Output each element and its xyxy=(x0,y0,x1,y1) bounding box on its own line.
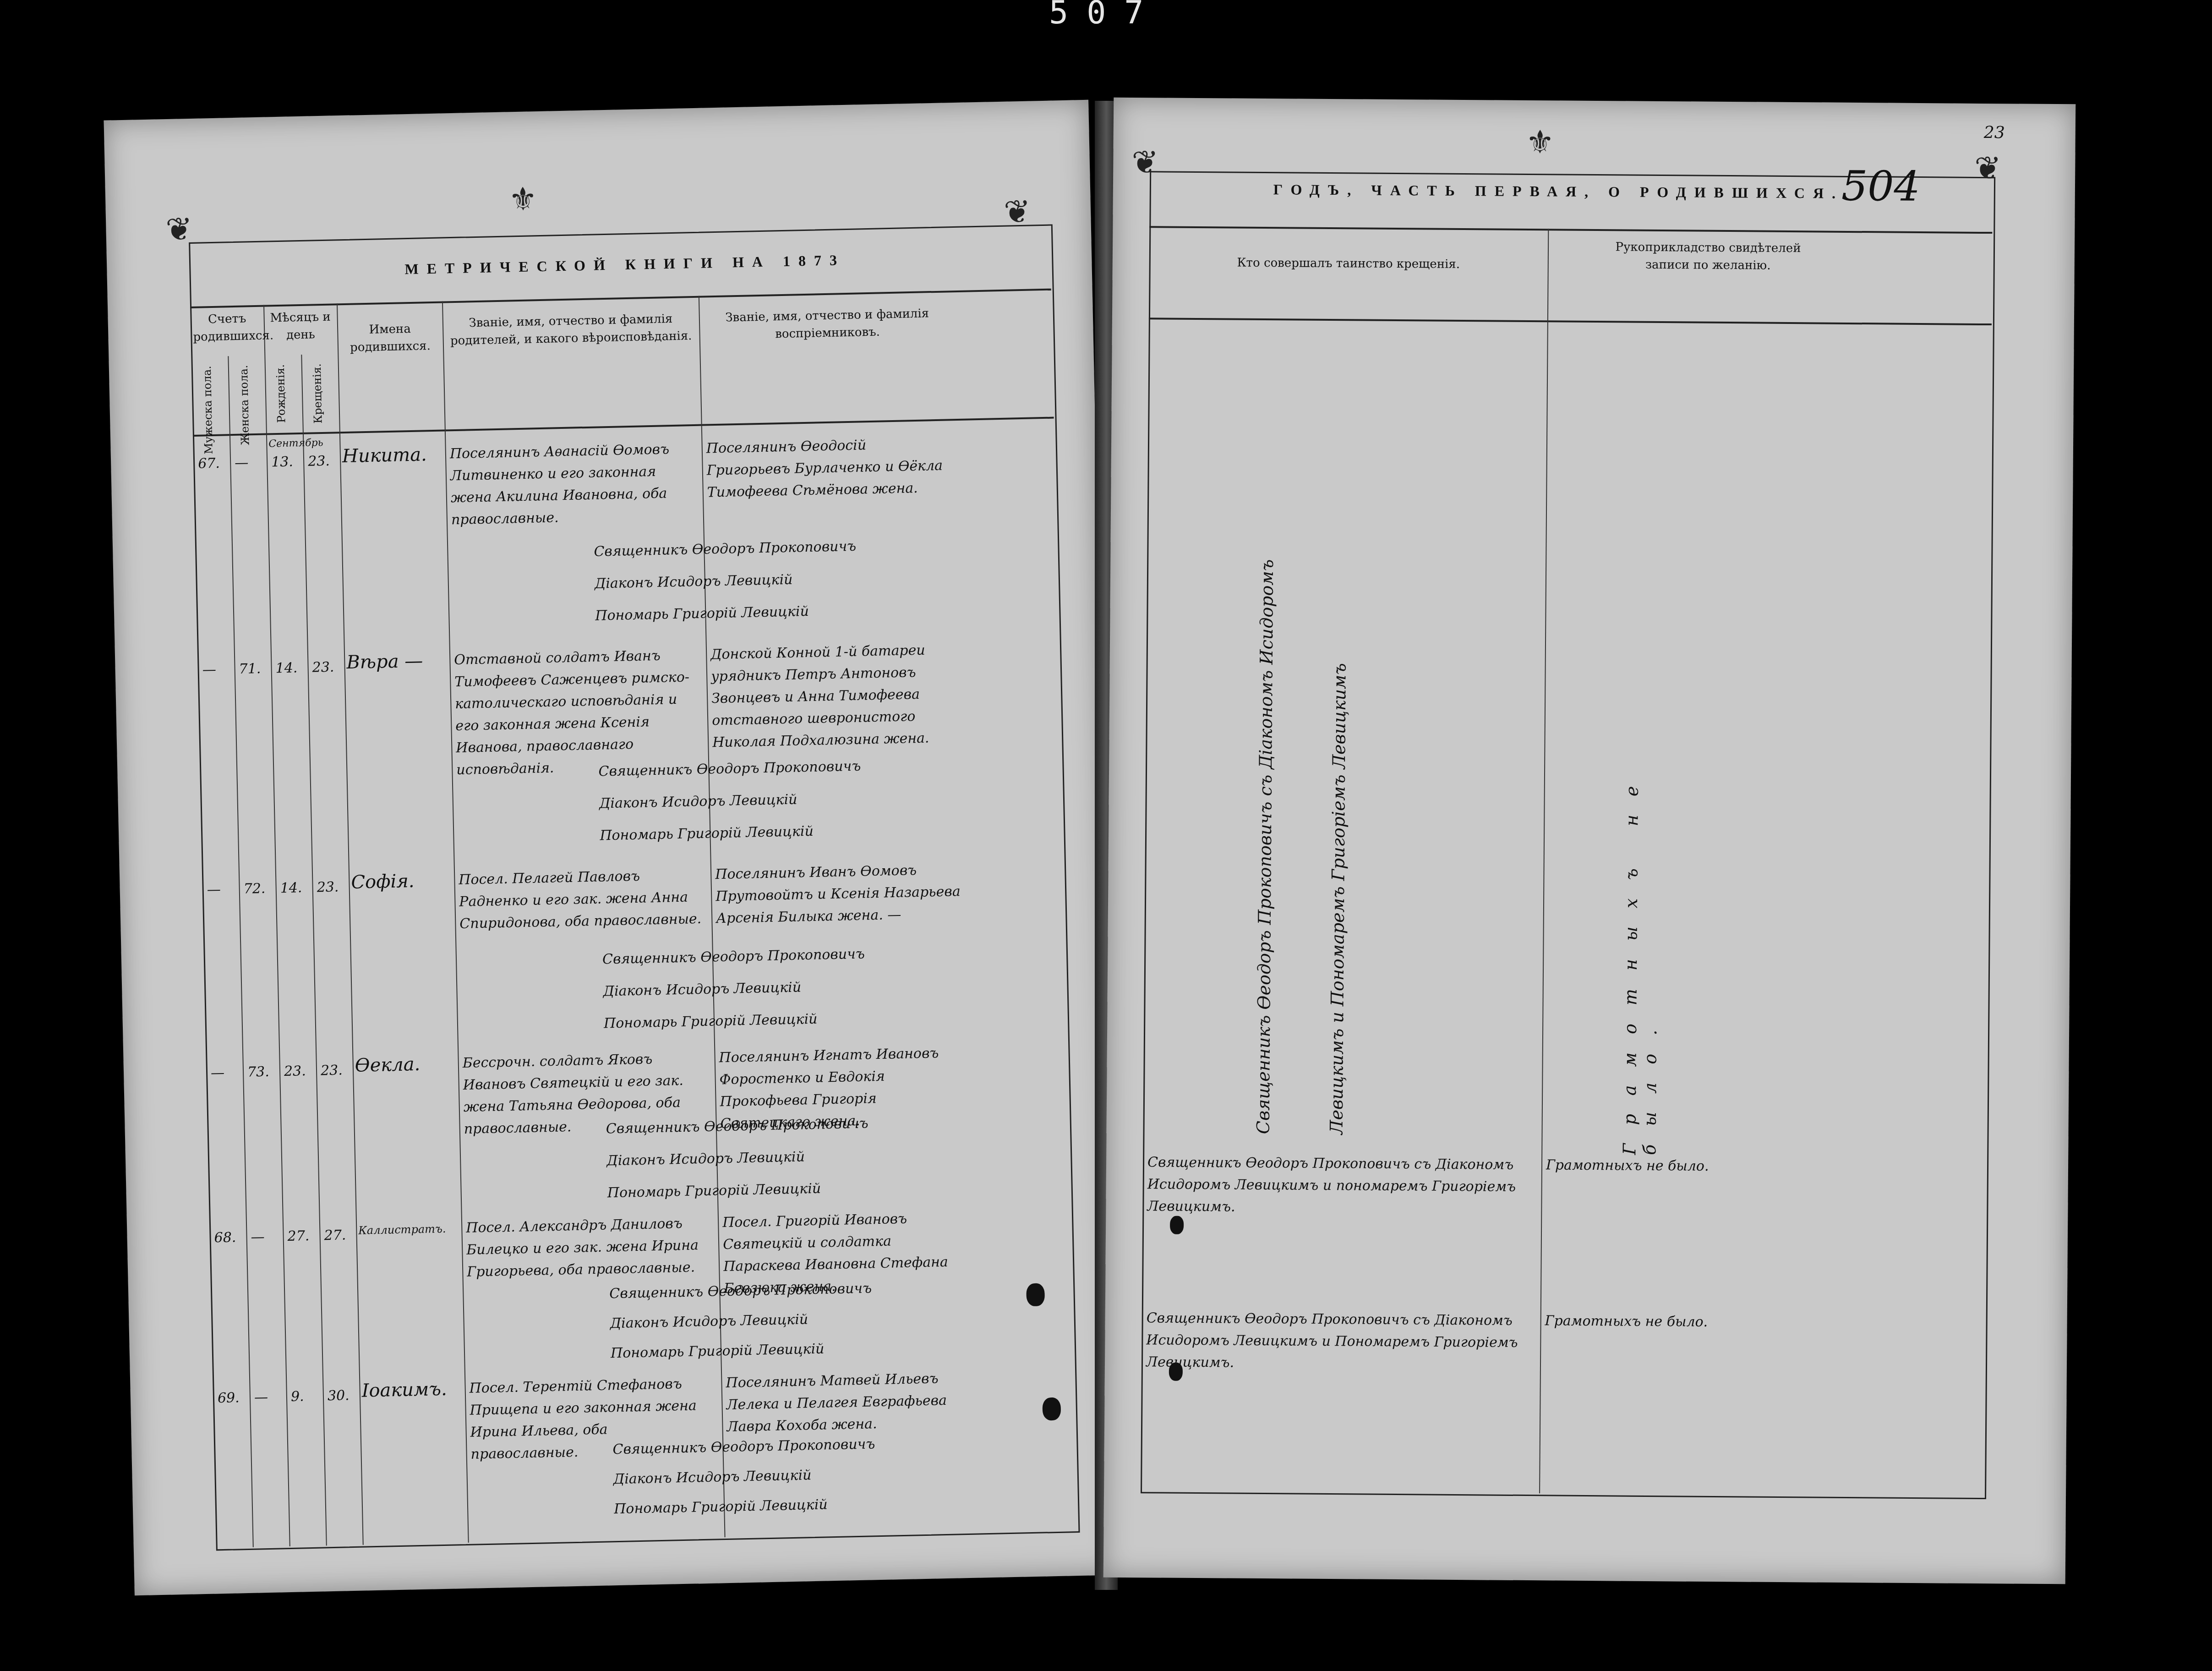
male-count: — xyxy=(211,1062,225,1085)
female-count: — xyxy=(235,452,249,474)
header-male: Мужеска пола. xyxy=(201,366,215,455)
ornament-icon: ❦ xyxy=(1131,143,1158,181)
birth-day: 13. xyxy=(271,451,294,473)
child-name: Ѳекла. xyxy=(355,1053,420,1077)
header-female: Женска пола. xyxy=(237,365,252,445)
header-godparents: Званіе, имя, отчество и фамилія воспріем… xyxy=(703,304,951,344)
clergy-sexton: Пономарь Григорій Левицкій xyxy=(611,1338,825,1365)
female-count: 71. xyxy=(239,658,261,680)
entry-row: — 73. 23. 23. Ѳекла. Бессрочн. солдатъ Я… xyxy=(104,100,1089,121)
corner-number: 23 xyxy=(1984,122,2005,144)
frame-counter: 507 xyxy=(1049,0,1162,27)
clergy-sexton: Пономарь Григорій Левицкій xyxy=(604,1008,818,1035)
clergy-deacon: Діаконъ Исидоръ Левицкій xyxy=(606,1146,805,1172)
header-performed-by: Кто совершалъ таинство крещенія. xyxy=(1154,253,1543,274)
clergy-deacon: Діаконъ Исидоръ Левицкій xyxy=(594,569,792,595)
male-count: — xyxy=(202,659,216,681)
female-count: 72. xyxy=(243,878,266,900)
wax-seal-blot xyxy=(1042,1397,1061,1421)
performed-entry: Священникъ Ѳеодоръ Прокоповичъ съ Діакон… xyxy=(1146,1307,1536,1376)
ornament-icon: ⚜ xyxy=(1525,123,1554,161)
entry-row: 68. — 27. 27. Каллистратъ. Посел. Алекса… xyxy=(104,100,1089,121)
wax-seal-blot xyxy=(1026,1283,1045,1306)
birth-day: 27. xyxy=(287,1225,310,1248)
witness-entry: Грамотныхъ не было. xyxy=(1546,1154,1709,1177)
clergy-deacon: Діаконъ Исидоръ Левицкій xyxy=(613,1464,811,1490)
wax-seal-blot xyxy=(1169,1363,1183,1381)
godparents-text: Поселянинъ Ѳеодосій Григорьевъ Бурлаченк… xyxy=(706,433,955,504)
clergy-sexton: Пономарь Григорій Левицкій xyxy=(607,1178,821,1205)
header-witnesses: Рукоприкладство свидѣтелей записи по жел… xyxy=(1594,238,1823,274)
female-count: 73. xyxy=(247,1061,270,1084)
performed-entry: Священникъ Ѳеодоръ Прокоповичъ съ Діакон… xyxy=(1147,1151,1537,1220)
witness-entry: Грамотныхъ не было. xyxy=(1545,1310,1708,1333)
baptism-day: 30. xyxy=(327,1385,350,1407)
male-count: — xyxy=(207,879,221,901)
entry-row: 67. — 13. 23. Никита. Поселянинъ Аѳанасі… xyxy=(104,100,1089,121)
clergy-deacon: Діаконъ Исидоръ Левицкій xyxy=(599,789,797,815)
wax-seal-blot xyxy=(1170,1216,1184,1234)
male-count: 67. xyxy=(198,453,220,475)
child-name: Каллистратъ. xyxy=(358,1218,446,1242)
baptism-day: 23. xyxy=(317,876,339,899)
birth-day: 9. xyxy=(290,1386,304,1408)
header-names: Имена родившихся. xyxy=(339,320,441,357)
clergy-deacon: Діаконъ Исидоръ Левицкій xyxy=(603,976,801,1003)
vertical-witness: Грамотныхъ не было. xyxy=(1619,605,1663,1156)
clergy-sexton: Пономарь Григорій Левицкій xyxy=(600,821,814,847)
baptism-day: 23. xyxy=(308,450,330,473)
birth-day: 14. xyxy=(280,877,302,899)
child-name: Софія. xyxy=(351,870,415,893)
ornament-icon: ⚜ xyxy=(508,180,537,218)
godparents-text: Поселянинъ Иванъ Ѳомовъ Прутовойтъ и Ксе… xyxy=(715,859,964,930)
header-birth: Рожденія. xyxy=(274,364,288,423)
page-number: 504 xyxy=(1841,162,1921,211)
baptism-day: 27. xyxy=(324,1224,346,1247)
parents-text: Поселянинъ Аѳанасій Ѳомовъ Литвиненко и … xyxy=(449,438,699,531)
female-count: — xyxy=(251,1226,265,1249)
male-count: 68. xyxy=(214,1227,236,1249)
godparents-text: Поселянинъ Матвей Ильевъ Лелека и Пелаге… xyxy=(726,1367,974,1438)
godparents-text: Донской Конной 1-й батареи урядникъ Петр… xyxy=(710,639,960,754)
female-count: — xyxy=(254,1386,268,1409)
entry-row: — 72. 14. 23. Софія. Посел. Пелагей Павл… xyxy=(104,100,1089,121)
ornament-icon: ❦ xyxy=(1003,193,1031,231)
header-baptism: Крещенія. xyxy=(311,363,325,424)
child-name: Никита. xyxy=(342,444,427,467)
male-count: 69. xyxy=(217,1387,240,1409)
child-name: Вѣра — xyxy=(346,650,423,674)
header-parents: Званіе, имя, отчество и фамилія родителе… xyxy=(447,310,695,350)
ornament-icon: ❦ xyxy=(1974,149,2001,187)
ornament-icon: ❦ xyxy=(165,210,193,248)
baptism-day: 23. xyxy=(312,657,334,679)
birth-day: 14. xyxy=(275,657,298,679)
header-month-day: Мѣсяцъ и день xyxy=(266,308,335,344)
child-name: Іоакимъ. xyxy=(361,1378,447,1402)
clergy-deacon: Діаконъ Исидоръ Левицкій xyxy=(610,1309,808,1335)
header-count: Счетъ родившихся. xyxy=(192,310,262,346)
clergy-sexton: Пономарь Григорій Левицкій xyxy=(595,601,809,627)
entry-row: 69. — 9. 30. Іоакимъ. Посел. Терентій Ст… xyxy=(104,100,1089,121)
right-page: ❦ ⚜ ❦ 23 ГОДЪ, ЧАСТЬ ПЕРВАЯ, О РОДИВШИХС… xyxy=(1103,98,2075,1584)
birth-day: 23. xyxy=(284,1060,306,1083)
baptism-day: 23. xyxy=(321,1059,343,1082)
left-page: ❦ ⚜ ❦ МЕТРИЧЕСКОЙ КНИГИ НА 1873 Счетъ ро… xyxy=(104,100,1120,1595)
parents-text: Посел. Пелагей Павловъ Радненко и его за… xyxy=(459,864,707,935)
clergy-sexton: Пономарь Григорій Левицкій xyxy=(614,1494,828,1520)
entry-row: — 71. 14. 23. Вѣра — Отставной солдатъ И… xyxy=(104,100,1089,121)
parents-text: Посел. Александръ Даниловъ Билецко и его… xyxy=(466,1212,715,1283)
